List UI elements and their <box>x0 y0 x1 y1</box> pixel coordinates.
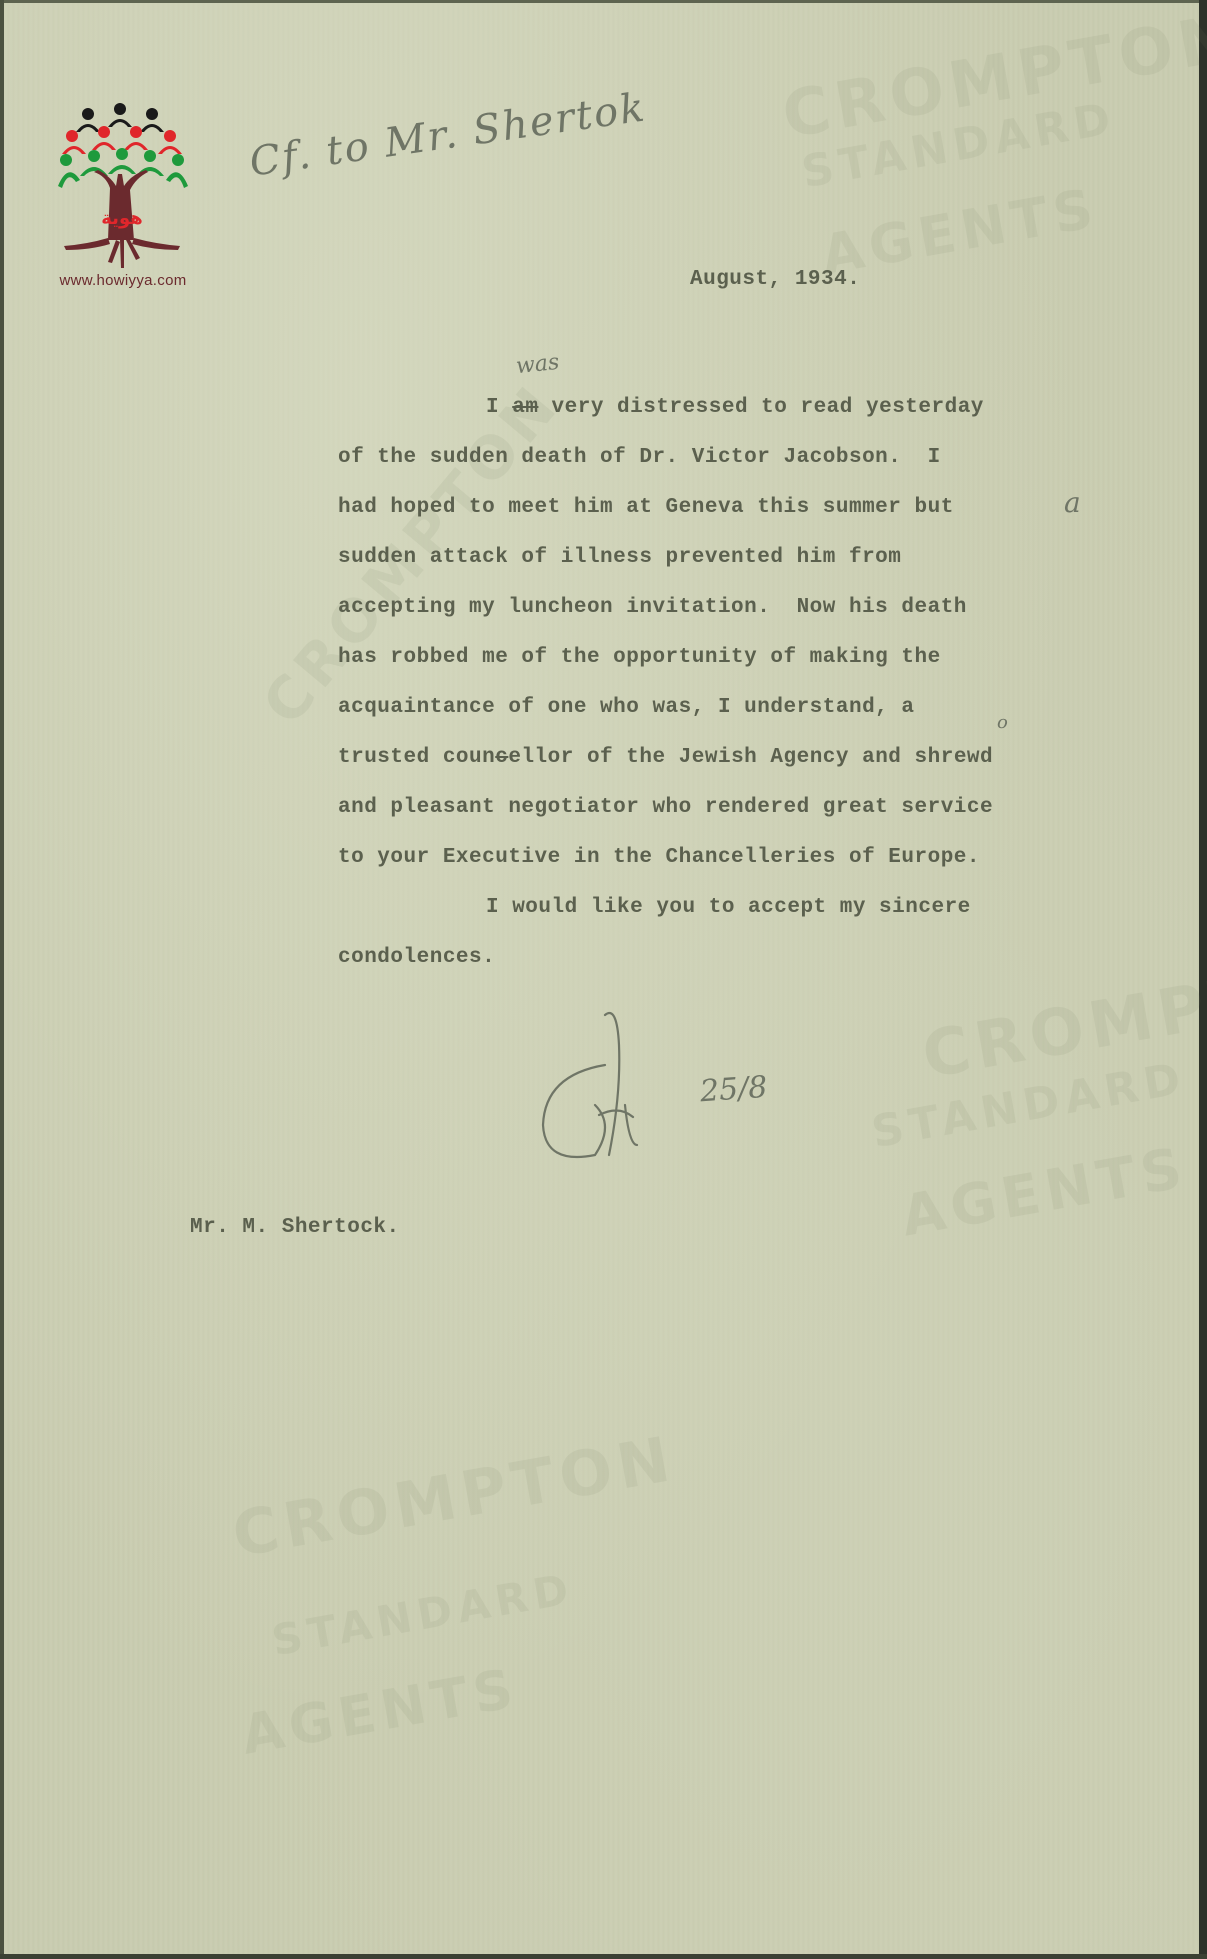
logo-arabic-text: هوية <box>101 208 142 229</box>
watermark-standard-bottom: STANDARD <box>268 1564 578 1665</box>
watermark-agents-bottom: AGENTS <box>237 1656 524 1767</box>
letter-line: sudden attack of illness prevented him f… <box>338 542 993 592</box>
line-text: had hoped to meet him at Geneva this sum… <box>338 496 954 519</box>
line-text: trusted coun <box>338 746 495 769</box>
line-text: to your Executive in the Chancelleries o… <box>338 846 980 869</box>
handwritten-correction-a: a <box>1064 486 1081 519</box>
struck-text: c <box>495 746 508 769</box>
handwritten-correction-was: was <box>515 350 561 379</box>
signature-date: 25/8 <box>699 1070 769 1110</box>
line-text: has robbed me of the opportunity of maki… <box>338 646 941 669</box>
line-text: I would like you to accept my sincere <box>486 896 971 919</box>
tree-of-people-icon: هوية <box>58 100 188 270</box>
signature-initials-icon <box>535 1005 815 1175</box>
letter-line: and pleasant negotiator who rendered gre… <box>338 792 993 842</box>
line-text: accepting my luncheon invitation. Now hi… <box>338 596 967 619</box>
logo-url[interactable]: www.howiyya.com <box>38 272 208 289</box>
letter-date: August, 1934. <box>690 268 860 291</box>
line-text: very distressed to read yesterday <box>538 396 983 419</box>
letter-line: has robbed me of the opportunity of maki… <box>338 642 993 692</box>
line-text: acquaintance of one who was, I understan… <box>338 696 915 719</box>
handwritten-correction-o: o <box>997 712 1008 733</box>
letter-line: condolences. <box>338 942 993 992</box>
line-text: and pleasant negotiator who rendered gre… <box>338 796 993 819</box>
handwritten-copy-note: Cf. to Mr. Shertok <box>247 84 649 185</box>
letter-body: I am very distressed to read yesterdayof… <box>338 392 993 992</box>
letter-line: acquaintance of one who was, I understan… <box>338 692 993 742</box>
line-text: of the sudden death of Dr. Victor Jacobs… <box>338 446 941 469</box>
letter-line: I would like you to accept my sincere <box>338 892 993 942</box>
letter-line: I am very distressed to read yesterday <box>338 392 993 442</box>
letter-line: had hoped to meet him at Geneva this sum… <box>338 492 993 542</box>
watermark-crompton-bottom: CROMPTON <box>227 1422 681 1572</box>
line-text: ellor of the Jewish Agency and shrewd <box>508 746 993 769</box>
scan-edge-bottom <box>0 1954 1207 1959</box>
scanned-letter-page: CROMPTON STANDARD AGENTS CROMPTON CROMPT… <box>0 0 1207 1959</box>
letter-line: to your Executive in the Chancelleries o… <box>338 842 993 892</box>
letter-line: accepting my luncheon invitation. Now hi… <box>338 592 993 642</box>
scan-edge-top <box>0 0 1207 3</box>
line-text: I <box>486 396 512 419</box>
howiyya-logo[interactable]: هوية www.howiyya.com <box>38 100 208 300</box>
line-text: condolences. <box>338 946 495 969</box>
line-text: sudden attack of illness prevented him f… <box>338 546 901 569</box>
watermark-agents-right: AGENTS <box>897 1135 1193 1249</box>
scan-edge-left <box>0 0 4 1959</box>
struck-text: am <box>512 396 538 419</box>
letter-addressee: Mr. M. Shertock. <box>190 1216 400 1239</box>
letter-line: of the sudden death of Dr. Victor Jacobs… <box>338 442 993 492</box>
letter-line: trusted councellor of the Jewish Agency … <box>338 742 993 792</box>
